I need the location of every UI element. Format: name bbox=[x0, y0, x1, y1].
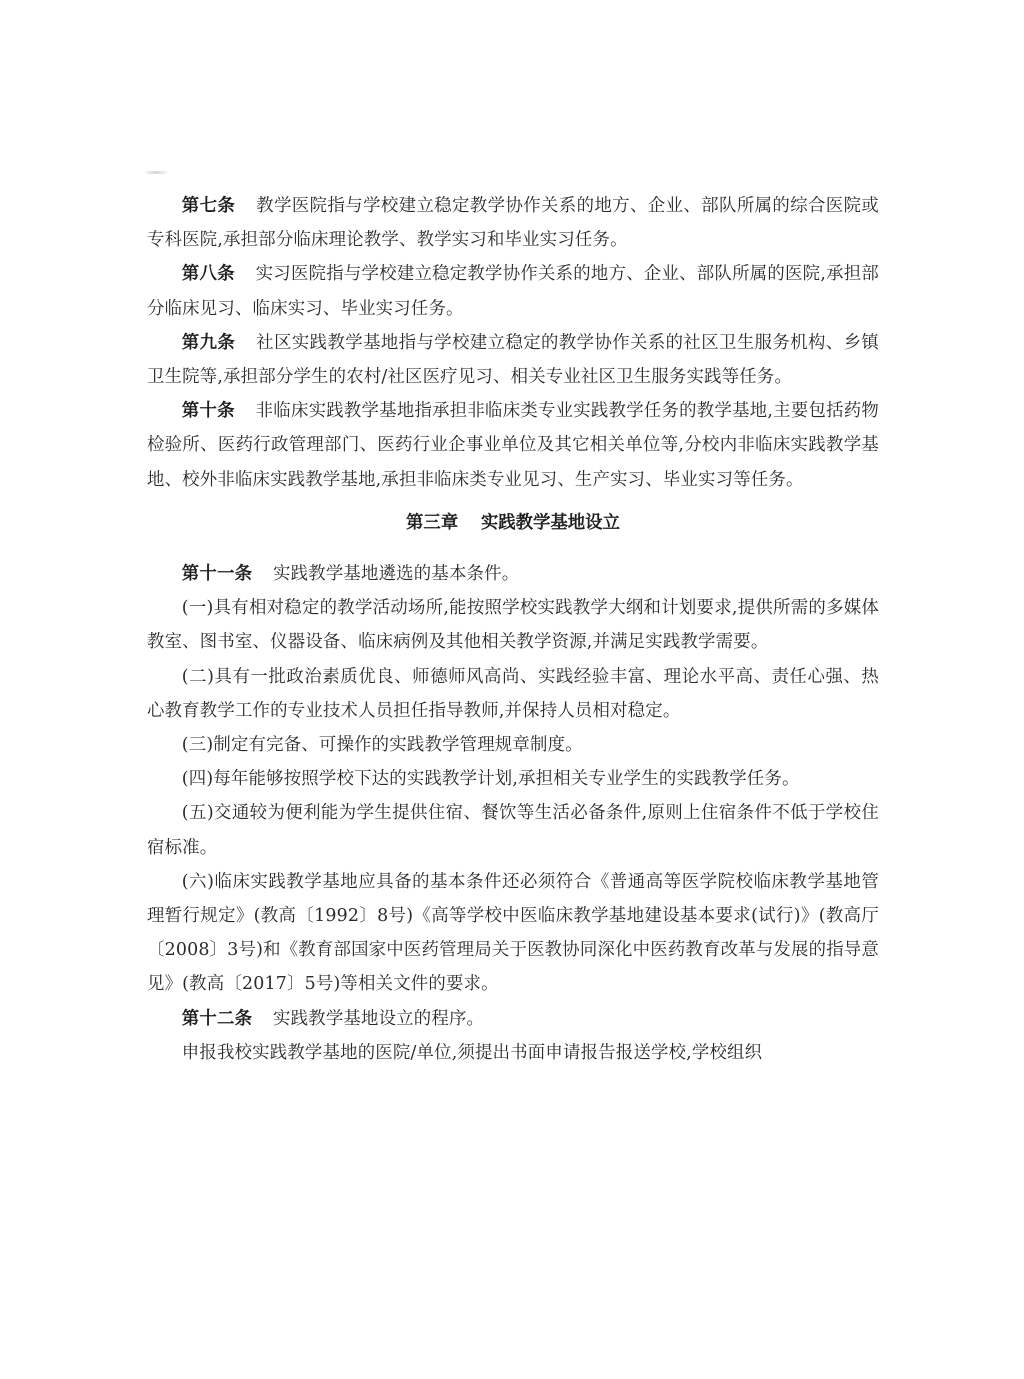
condition-item-2: (二)具有一批政治素质优良、师德师风高尚、实践经验丰富、理论水平高、责任心强、热… bbox=[147, 660, 879, 728]
article-9: 第九条社区实践教学基地指与学校建立稳定的教学协作关系的社区卫生服务机构、乡镇卫生… bbox=[147, 326, 879, 394]
document-page: 第七条教学医院指与学校建立稳定教学协作关系的地方、企业、部队所属的综合医院或专科… bbox=[147, 189, 879, 1070]
condition-item-3: (三)制定有完备、可操作的实践教学管理规章制度。 bbox=[147, 728, 879, 762]
condition-item-4: (四)每年能够按照学校下达的实践教学计划,承担相关专业学生的实践教学任务。 bbox=[147, 762, 879, 796]
article-text: 实践教学基地设立的程序。 bbox=[273, 1009, 484, 1029]
chapter-heading: 第三章实践教学基地设立 bbox=[147, 506, 879, 540]
article-11: 第十一条实践教学基地遴选的基本条件。 bbox=[147, 557, 879, 591]
scan-artifact-mark bbox=[145, 171, 167, 174]
article-12-body: 申报我校实践教学基地的医院/单位,须提出书面申请报告报送学校,学校组织 bbox=[147, 1036, 879, 1070]
article-text: 实习医院指与学校建立稳定教学协作关系的地方、企业、部队所属的医院,承担部分临床见… bbox=[147, 264, 879, 318]
condition-item-1: (一)具有相对稳定的教学活动场所,能按照学校实践教学大纲和计划要求,提供所需的多… bbox=[147, 591, 879, 659]
article-12: 第十二条实践教学基地设立的程序。 bbox=[147, 1002, 879, 1036]
article-label: 第十一条 bbox=[182, 564, 252, 584]
condition-item-6: (六)临床实践教学基地应具备的基本条件还必须符合《普通高等医学院校临床教学基地管… bbox=[147, 865, 879, 1002]
article-text: 社区实践教学基地指与学校建立稳定的教学协作关系的社区卫生服务机构、乡镇卫生院等,… bbox=[147, 333, 879, 387]
article-text: 实践教学基地遴选的基本条件。 bbox=[273, 564, 519, 584]
article-label: 第八条 bbox=[182, 264, 235, 284]
article-text: 教学医院指与学校建立稳定教学协作关系的地方、企业、部队所属的综合医院或专科医院,… bbox=[147, 196, 879, 250]
article-label: 第七条 bbox=[182, 196, 235, 216]
article-text: 非临床实践教学基地指承担非临床类专业实践教学任务的教学基地,主要包括药物检验所、… bbox=[147, 401, 879, 489]
article-7: 第七条教学医院指与学校建立稳定教学协作关系的地方、企业、部队所属的综合医院或专科… bbox=[147, 189, 879, 257]
article-label: 第九条 bbox=[182, 333, 235, 353]
article-10: 第十条非临床实践教学基地指承担非临床类专业实践教学任务的教学基地,主要包括药物检… bbox=[147, 394, 879, 497]
article-label: 第十二条 bbox=[182, 1009, 252, 1029]
condition-item-5: (五)交通较为便利能为学生提供住宿、餐饮等生活必备条件,原则上住宿条件不低于学校… bbox=[147, 796, 879, 864]
article-label: 第十条 bbox=[182, 401, 235, 421]
chapter-title: 实践教学基地设立 bbox=[481, 513, 620, 533]
article-8: 第八条实习医院指与学校建立稳定教学协作关系的地方、企业、部队所属的医院,承担部分… bbox=[147, 257, 879, 325]
chapter-label: 第三章 bbox=[406, 513, 458, 533]
